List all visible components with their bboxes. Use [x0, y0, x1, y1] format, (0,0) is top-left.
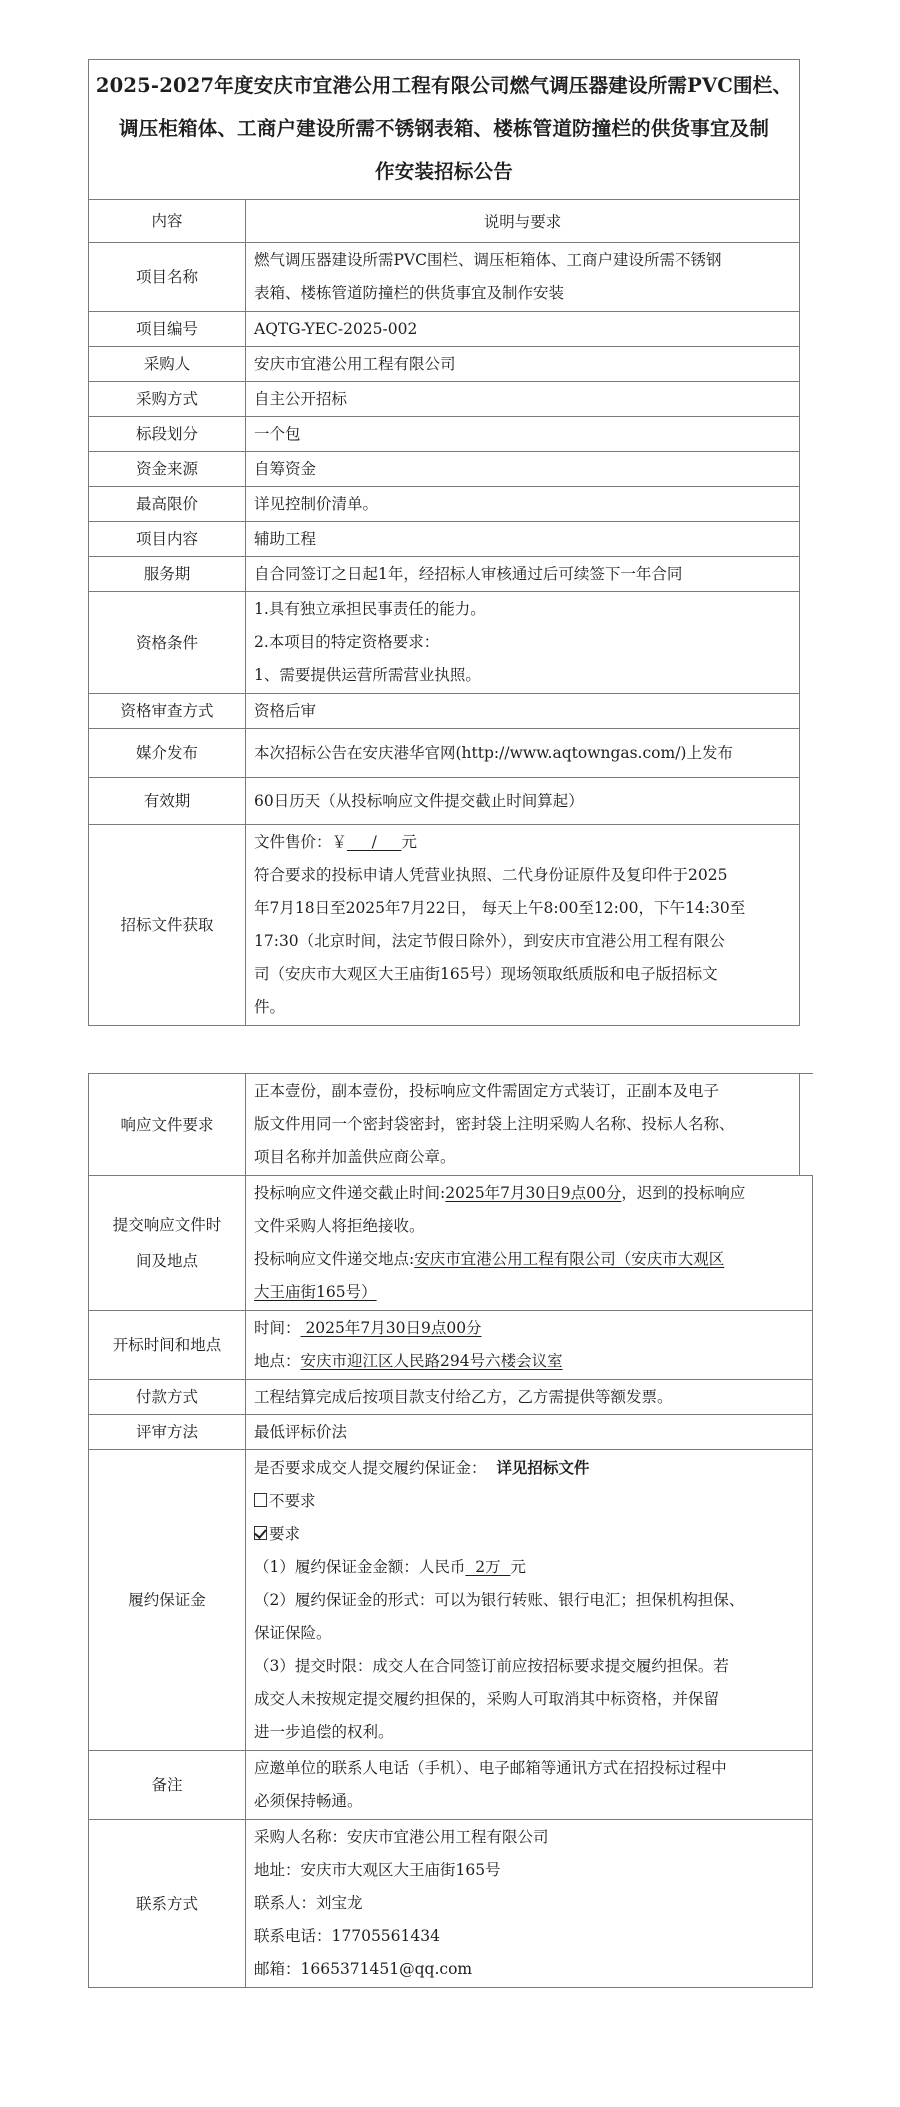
label: 项目名称	[89, 243, 246, 312]
value: 1.具有独立承担民事责任的能力。 2.本项目的特定资格要求： 1、需要提供运营所…	[246, 592, 800, 694]
row-lots: 标段划分 一个包	[89, 417, 800, 452]
row-project-no: 项目编号 AQTG-YEC-2025-002	[89, 312, 800, 347]
value: AQTG-YEC-2025-002	[246, 312, 800, 347]
label: 付款方式	[89, 1380, 246, 1415]
row-method: 采购方式 自主公开招标	[89, 382, 800, 417]
row-review-method: 资格审查方式 资格后审	[89, 694, 800, 729]
value: 投标响应文件递交截止时间:2025年7月30日9点00分，迟到的投标响应 文件采…	[246, 1176, 813, 1311]
value: 安庆市宜港公用工程有限公司	[246, 347, 800, 382]
header-description: 说明与要求	[246, 200, 800, 243]
value: 燃气调压器建设所需PVC围栏、调压柜箱体、工商户建设所需不锈钢 表箱、楼栋管道防…	[246, 243, 800, 312]
row-response-requirements: 响应文件要求 正本壹份，副本壹份，投标响应文件需固定方式装订，正副本及电子 版文…	[89, 1074, 813, 1176]
row-content: 项目内容 辅助工程	[89, 522, 800, 557]
checkbox-not-required	[254, 1493, 267, 1507]
label: 备注	[89, 1751, 246, 1820]
row-performance-bond: 履约保证金 是否要求成交人提交履约保证金： 详见招标文件 不要求 要求 （1）履…	[89, 1450, 813, 1751]
label: 提交响应文件时 间及地点	[89, 1176, 246, 1311]
row-max-price: 最高限价 详见控制价清单。	[89, 487, 800, 522]
value: 是否要求成交人提交履约保证金： 详见招标文件 不要求 要求 （1）履约保证金金额…	[246, 1450, 813, 1751]
opening-time: 2025年7月30日9点00分	[301, 1319, 482, 1337]
opening-place: 安庆市迎江区人民路294号六楼会议室	[301, 1352, 563, 1370]
row-submission: 提交响应文件时 间及地点 投标响应文件递交截止时间:2025年7月30日9点00…	[89, 1176, 813, 1311]
value: 正本壹份，副本壹份，投标响应文件需固定方式装订，正副本及电子 版文件用同一个密封…	[246, 1074, 813, 1176]
value: 辅助工程	[246, 522, 800, 557]
row-purchaser: 采购人 安庆市宜港公用工程有限公司	[89, 347, 800, 382]
row-contact: 联系方式 采购人名称：安庆市宜港公用工程有限公司 地址：安庆市大观区大王庙街16…	[89, 1820, 813, 1988]
header-content: 内容	[89, 200, 246, 243]
value: 应邀单位的联系人电话（手机）、电子邮箱等通讯方式在招投标过程中 必须保持畅通。	[246, 1751, 813, 1820]
row-opening: 开标时间和地点 时间： 2025年7月30日9点00分 地点：安庆市迎江区人民路…	[89, 1311, 813, 1380]
label: 项目编号	[89, 312, 246, 347]
value: 自主公开招标	[246, 382, 800, 417]
label: 响应文件要求	[89, 1074, 246, 1176]
row-project-name: 项目名称 燃气调压器建设所需PVC围栏、调压柜箱体、工商户建设所需不锈钢 表箱、…	[89, 243, 800, 312]
bond-amount: 2万	[465, 1558, 510, 1576]
document-title: 2025-2027年度安庆市宜港公用工程有限公司燃气调压器建设所需PVC围栏、 …	[89, 60, 800, 200]
row-doc-obtain: 招标文件获取 文件售价：￥ / 元 符合要求的投标申请人凭营业执照、二代身份证原…	[89, 825, 800, 1026]
value: 本次招标公告在安庆港华官网(http://www.aqtowngas.com/)…	[246, 729, 800, 778]
value: 最低评标价法	[246, 1415, 813, 1450]
value: 采购人名称：安庆市宜港公用工程有限公司 地址：安庆市大观区大王庙街165号 联系…	[246, 1820, 813, 1988]
row-funding: 资金来源 自筹资金	[89, 452, 800, 487]
contact-email: 邮箱：1665371451@qq.com	[254, 1953, 808, 1986]
value: 时间： 2025年7月30日9点00分 地点：安庆市迎江区人民路294号六楼会议…	[246, 1311, 813, 1380]
value: 60日历天（从投标响应文件提交截止时间算起）	[246, 778, 800, 825]
label: 采购方式	[89, 382, 246, 417]
row-qualification: 资格条件 1.具有独立承担民事责任的能力。 2.本项目的特定资格要求： 1、需要…	[89, 592, 800, 694]
label: 联系方式	[89, 1820, 246, 1988]
value: 资格后审	[246, 694, 800, 729]
submission-deadline: 2025年7月30日9点00分	[445, 1184, 621, 1202]
label: 履约保证金	[89, 1450, 246, 1751]
row-remarks: 备注 应邀单位的联系人电话（手机）、电子邮箱等通讯方式在招投标过程中 必须保持畅…	[89, 1751, 813, 1820]
row-evaluation: 评审方法 最低评标价法	[89, 1415, 813, 1450]
label: 采购人	[89, 347, 246, 382]
label: 开标时间和地点	[89, 1311, 246, 1380]
row-validity: 有效期 60日历天（从投标响应文件提交截止时间算起）	[89, 778, 800, 825]
value: 文件售价：￥ / 元 符合要求的投标申请人凭营业执照、二代身份证原件及复印件于2…	[246, 825, 800, 1026]
value: 详见控制价清单。	[246, 487, 800, 522]
value: 工程结算完成后按项目款支付给乙方，乙方需提供等额发票。	[246, 1380, 813, 1415]
checkbox-required	[254, 1526, 267, 1540]
doc-price: /	[347, 833, 402, 851]
tender-table-part-1: 2025-2027年度安庆市宜港公用工程有限公司燃气调压器建设所需PVC围栏、 …	[88, 59, 800, 1026]
value: 自合同签订之日起1年，经招标人审核通过后可续签下一年合同	[246, 557, 800, 592]
label: 有效期	[89, 778, 246, 825]
label: 最高限价	[89, 487, 246, 522]
value: 自筹资金	[246, 452, 800, 487]
value: 一个包	[246, 417, 800, 452]
label: 媒介发布	[89, 729, 246, 778]
row-media: 媒介发布 本次招标公告在安庆港华官网(http://www.aqtowngas.…	[89, 729, 800, 778]
label: 项目内容	[89, 522, 246, 557]
label: 资金来源	[89, 452, 246, 487]
title-row: 2025-2027年度安庆市宜港公用工程有限公司燃气调压器建设所需PVC围栏、 …	[89, 60, 800, 200]
label: 招标文件获取	[89, 825, 246, 1026]
label: 服务期	[89, 557, 246, 592]
label: 标段划分	[89, 417, 246, 452]
label: 资格条件	[89, 592, 246, 694]
submission-place: 安庆市宜港公用工程有限公司（安庆市大观区	[414, 1250, 724, 1268]
label: 资格审查方式	[89, 694, 246, 729]
tender-table-part-2: 响应文件要求 正本壹份，副本壹份，投标响应文件需固定方式装订，正副本及电子 版文…	[88, 1073, 813, 1988]
header-row: 内容 说明与要求	[89, 200, 800, 243]
row-service-period: 服务期 自合同签订之日起1年，经招标人审核通过后可续签下一年合同	[89, 557, 800, 592]
row-payment: 付款方式 工程结算完成后按项目款支付给乙方，乙方需提供等额发票。	[89, 1380, 813, 1415]
label: 评审方法	[89, 1415, 246, 1450]
